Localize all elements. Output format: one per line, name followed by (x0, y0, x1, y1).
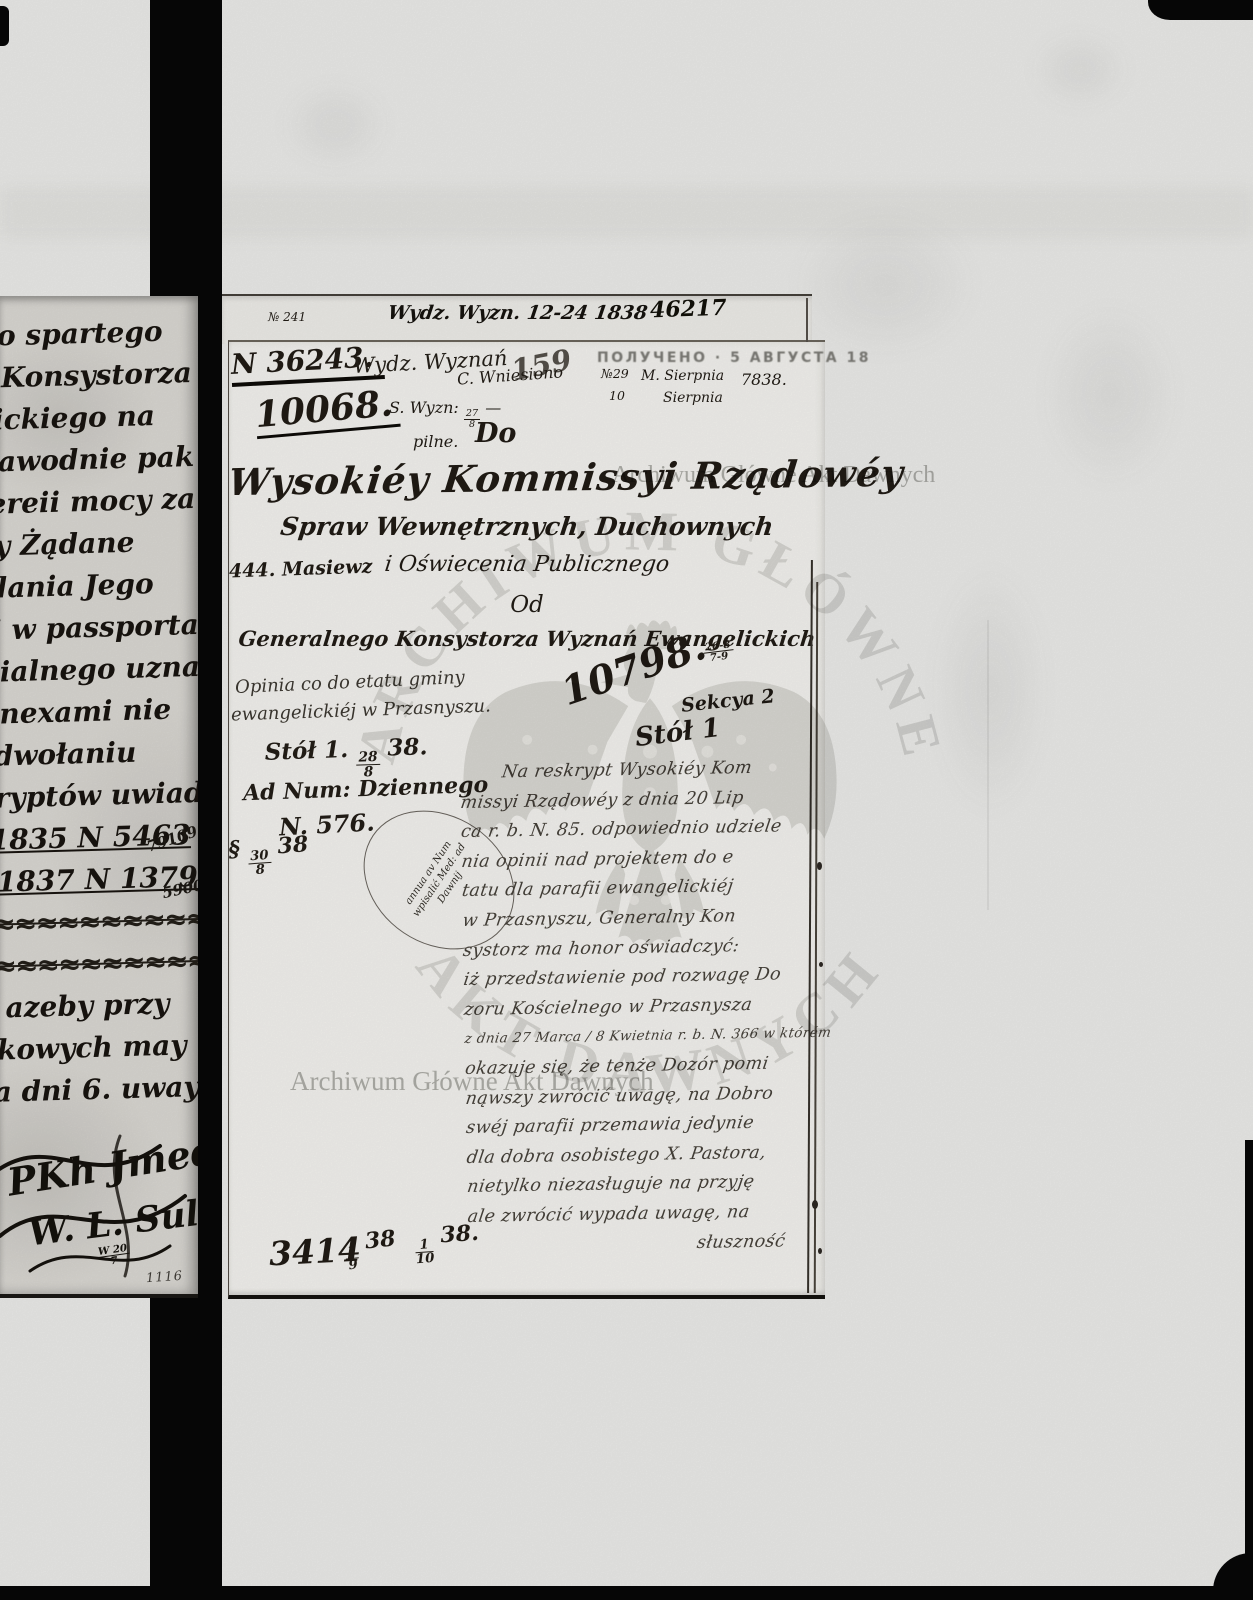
eagle-head (601, 640, 659, 703)
paper-stain (1040, 300, 1180, 490)
ink-speck (812, 1200, 818, 1209)
left-page-line: dnia dni 6. uway (0, 1066, 198, 1121)
film-bottom-edge (0, 1586, 1253, 1600)
eagle-leg (675, 859, 705, 919)
stamp-entry-number: №29 (601, 366, 629, 381)
stamp-month-note: M. Sierpnia (641, 368, 724, 384)
left-partial-page: ma Nto o spartegonikach KonsystorzaEwang… (0, 296, 198, 1298)
stamp-year-handwritten: 7838. (741, 370, 787, 389)
eagle-wing (463, 681, 628, 839)
pencil-frame-number: 1116 (146, 1269, 184, 1287)
registry-number-46217: 46217 (650, 295, 727, 324)
faint-number: № 241 (268, 310, 306, 324)
received-stamp: ПОЛУЧЕНО · 5 АВГУСТА 18 (597, 350, 812, 366)
film-top-right-edge (1148, 0, 1253, 20)
film-right-edge (1245, 1140, 1253, 1600)
salutation-do: Do (475, 418, 516, 449)
paper-stain (1030, 30, 1130, 110)
stamp-entry-day: 10 (609, 388, 625, 403)
film-top-left-notch (0, 6, 9, 46)
signature-flourish (0, 1116, 198, 1286)
archive-watermark-text: Archiwum Główne Akt Dawnych (290, 1066, 654, 1097)
footer-date-1-9-38: 19 38 (343, 1225, 399, 1273)
archive-watermark-text: Archiwum Główne Akt Dawnych (612, 462, 935, 489)
fold-line (987, 620, 989, 910)
footer-date-1-10-38: 110 38. (414, 1220, 481, 1268)
eagle-leg (596, 859, 626, 919)
sheet-edge-line (806, 298, 808, 342)
microfilm-document-scan: ma Nto o spartegonikach KonsystorzaEwang… (0, 0, 1253, 1600)
agad-eagle-watermark (452, 602, 848, 1030)
ink-speck (818, 1248, 822, 1254)
registry-number-10068: 10068. (253, 382, 400, 439)
paragraph-date-note: § 308 38 (228, 831, 311, 880)
body-line: słuszność (466, 1226, 815, 1262)
eagle-tail (618, 839, 681, 946)
paper-stain (790, 210, 980, 360)
eagle-body (622, 698, 678, 852)
left-page-text: ma Nto o spartegonikach KonsystorzaEwang… (0, 310, 198, 1120)
department-date-note: Wydz. Wyzn. 12-24 1838 (386, 302, 648, 324)
film-corner (1213, 1553, 1253, 1600)
paper-stain (280, 80, 390, 170)
urgency-note: pilne. (413, 432, 458, 451)
stamp-month-note-2: Sierpnia (663, 390, 723, 406)
underlying-sheet-edge: № 241 Wydz. Wyzn. 12-24 1838 46217 (222, 294, 812, 344)
